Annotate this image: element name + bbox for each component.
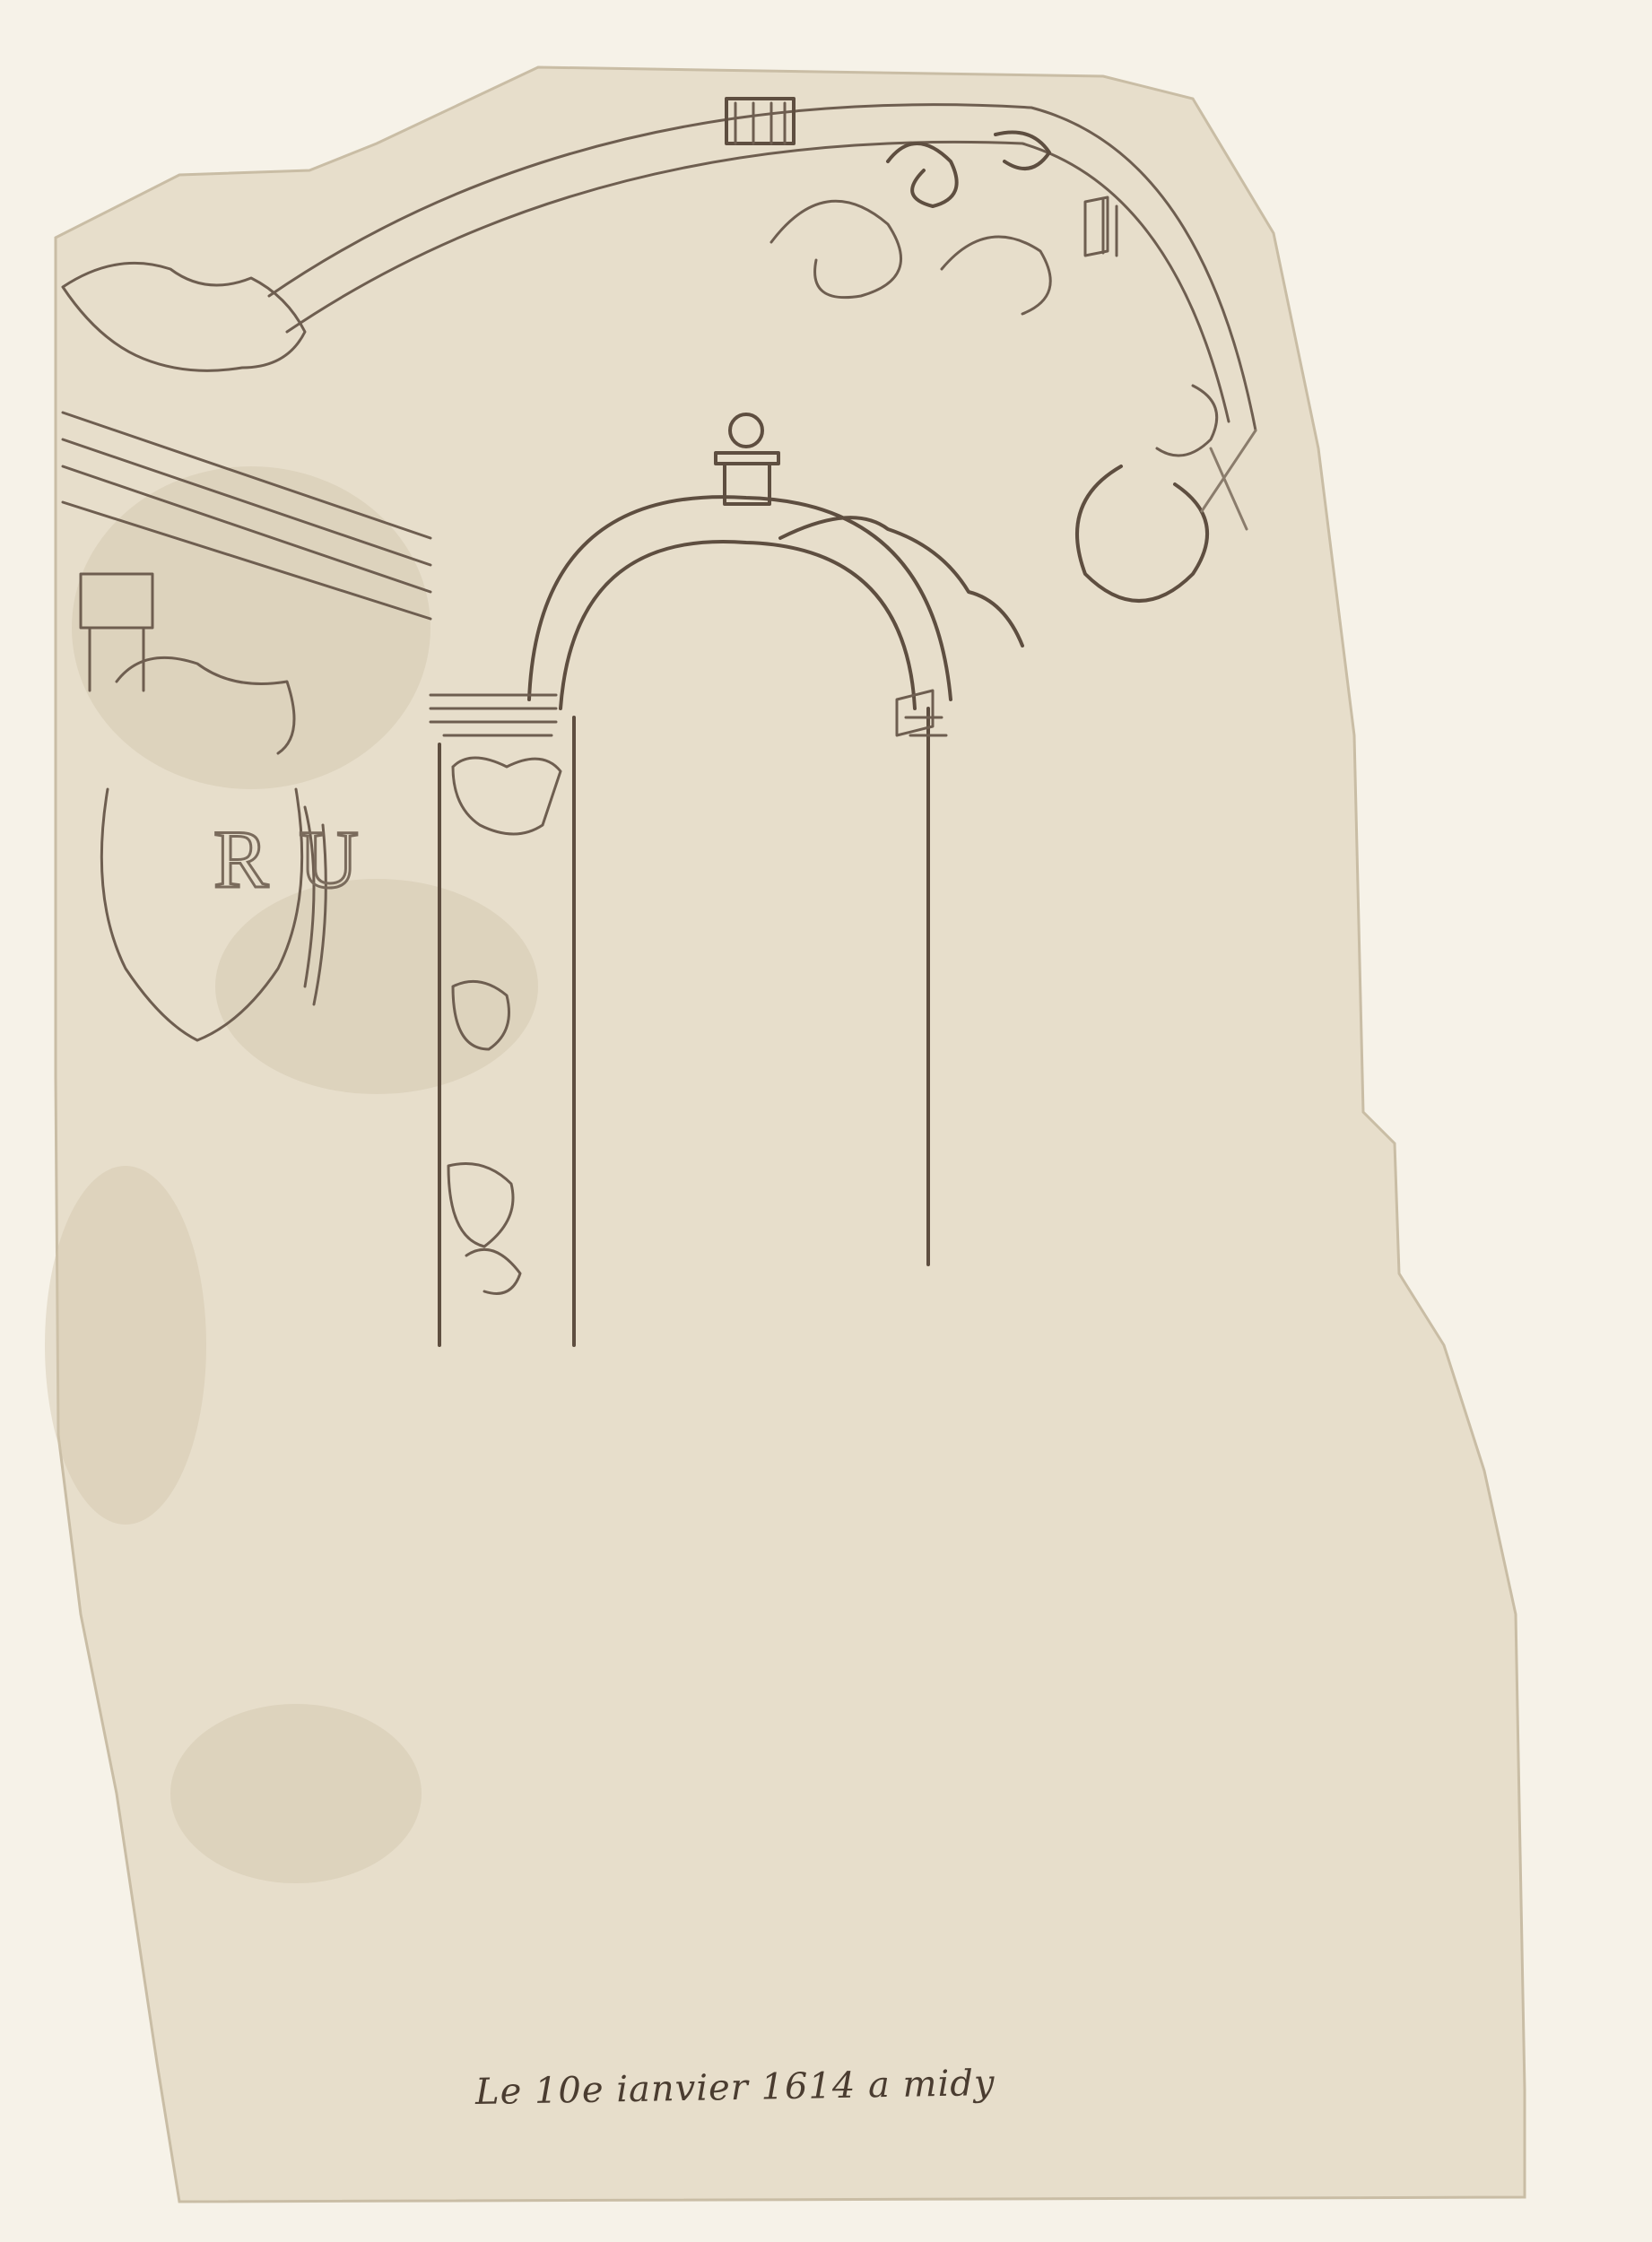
- shield-monogram: RU: [213, 812, 389, 907]
- stain: [45, 1166, 206, 1525]
- stain: [170, 1704, 422, 1883]
- drawing-canvas: [0, 0, 1652, 2242]
